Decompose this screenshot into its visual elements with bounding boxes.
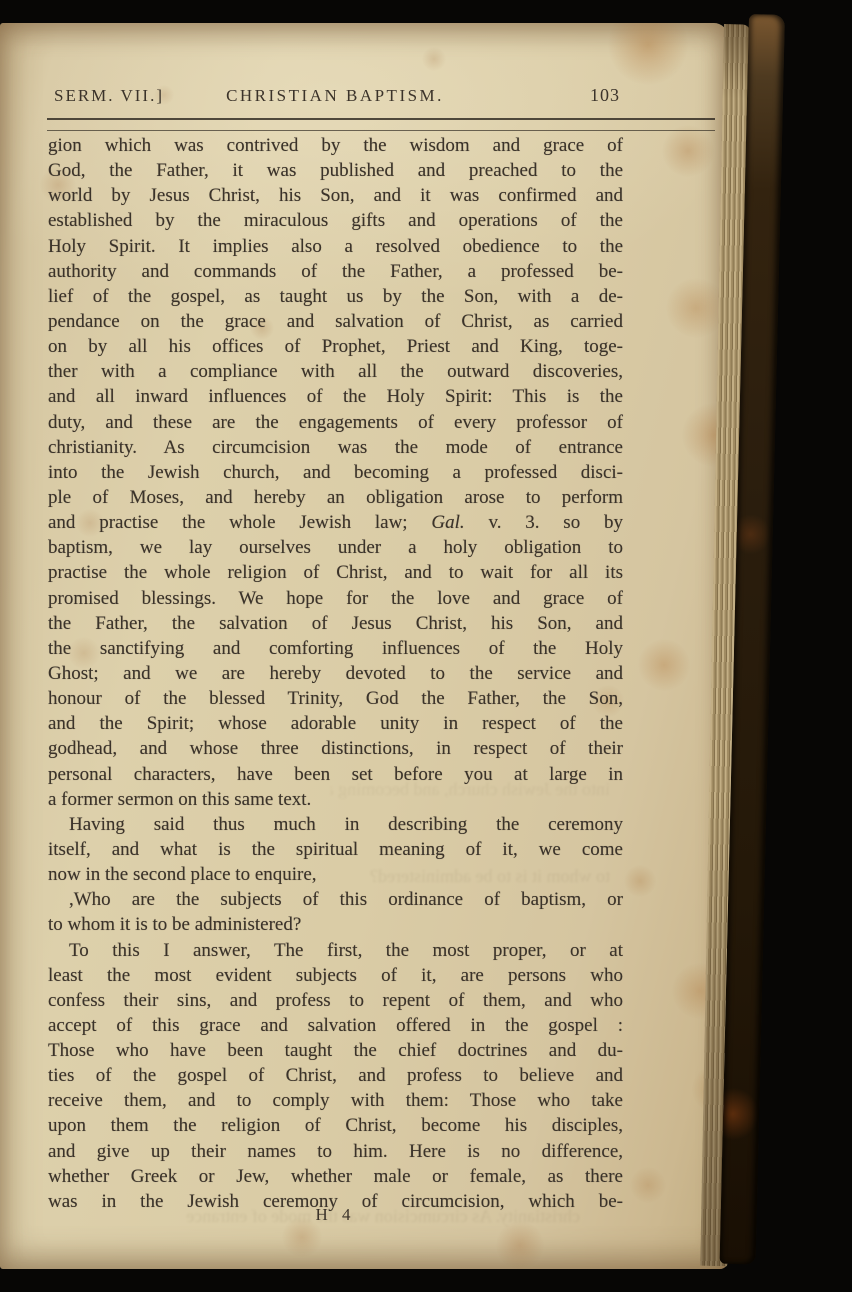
text-line: godhead, and whose three distinctions, i…: [48, 736, 623, 761]
text-line: personal characters, have been set befor…: [48, 762, 623, 787]
text-line: christianity. As circumcision was the mo…: [48, 435, 623, 460]
text-line: itself, and what is the spiritual meanin…: [48, 837, 623, 862]
text-line: practise the whole religion of Christ, a…: [48, 560, 623, 585]
text-line: promised blessings. We hope for the love…: [48, 586, 623, 611]
text-line: ther with a compliance with all the outw…: [48, 359, 623, 384]
book-page: into the Jewish church, and becoming a p…: [0, 23, 728, 1269]
text-line: accept of this grace and salvation offer…: [48, 1013, 623, 1038]
text-line: confess their sins, and profess to repen…: [48, 988, 623, 1013]
text-line: and give up their names to him. Here is …: [48, 1139, 623, 1164]
text-line: upon them the religion of Christ, become…: [48, 1113, 623, 1138]
running-header-title: CHRISTIAN BAPTISM.: [226, 86, 444, 106]
text-line: ple of Moses, and hereby an obligation a…: [48, 485, 623, 510]
running-header-sermon-label: SERM. VII.]: [54, 86, 164, 106]
text-line: receive them, and to comply with them: T…: [48, 1088, 623, 1113]
text-line: Having said thus much in describing the …: [48, 812, 623, 837]
text-line: on by all his offices of Prophet, Priest…: [48, 334, 623, 359]
text-line: honour of the blessed Trinity, God the F…: [48, 686, 623, 711]
text-line: whether Greek or Jew, whether male or fe…: [48, 1164, 623, 1189]
text-line: ties of the gospel of Christ, and profes…: [48, 1063, 623, 1088]
text-line: to whom it is to be administered?: [48, 912, 623, 937]
text-line: the Father, the salvation of Jesus Chris…: [48, 611, 623, 636]
text-line: now in the second place to enquire,: [48, 862, 623, 887]
signature-mark: H 4: [48, 1205, 623, 1225]
text-line: duty, and these are the engagements of e…: [48, 410, 623, 435]
text-line: authority and commands of the Father, a …: [48, 259, 623, 284]
text-line: Ghost; and we are hereby devoted to the …: [48, 661, 623, 686]
text-line: established by the miraculous gifts and …: [48, 208, 623, 233]
book-photograph: into the Jewish church, and becoming a p…: [0, 0, 852, 1292]
text-line: lief of the gospel, as taught us by the …: [48, 284, 623, 309]
text-line: Those who have been taught the chief doc…: [48, 1038, 623, 1063]
text-line: To this I answer, The first, the most pr…: [48, 938, 623, 963]
body-text: gion which was contrived by the wisdom a…: [48, 133, 623, 1214]
text-line: least the most evident subjects of it, a…: [48, 963, 623, 988]
text-line: into the Jewish church, and becoming a p…: [48, 460, 623, 485]
text-line: the sanctifying and comforting influence…: [48, 636, 623, 661]
page-number: 103: [590, 85, 620, 106]
header-double-rule: [47, 118, 715, 131]
text-line: ,Who are the subjects of this ordinance …: [48, 887, 623, 912]
text-line: a former sermon on this same text.: [48, 787, 623, 812]
text-line: gion which was contrived by the wisdom a…: [48, 133, 623, 158]
text-line: world by Jesus Christ, his Son, and it w…: [48, 183, 623, 208]
text-line: and the Spirit; whose adorable unity in …: [48, 711, 623, 736]
text-line: Holy Spirit. It implies also a resolved …: [48, 234, 623, 259]
text-line: pendance on the grace and salvation of C…: [48, 309, 623, 334]
text-line: God, the Father, it was published and pr…: [48, 158, 623, 183]
text-line: and all inward influences of the Holy Sp…: [48, 384, 623, 409]
running-header: SERM. VII.] CHRISTIAN BAPTISM. 103: [48, 86, 622, 112]
text-line: and practise the whole Jewish law; Gal. …: [48, 510, 623, 535]
text-line: baptism, we lay ourselves under a holy o…: [48, 535, 623, 560]
